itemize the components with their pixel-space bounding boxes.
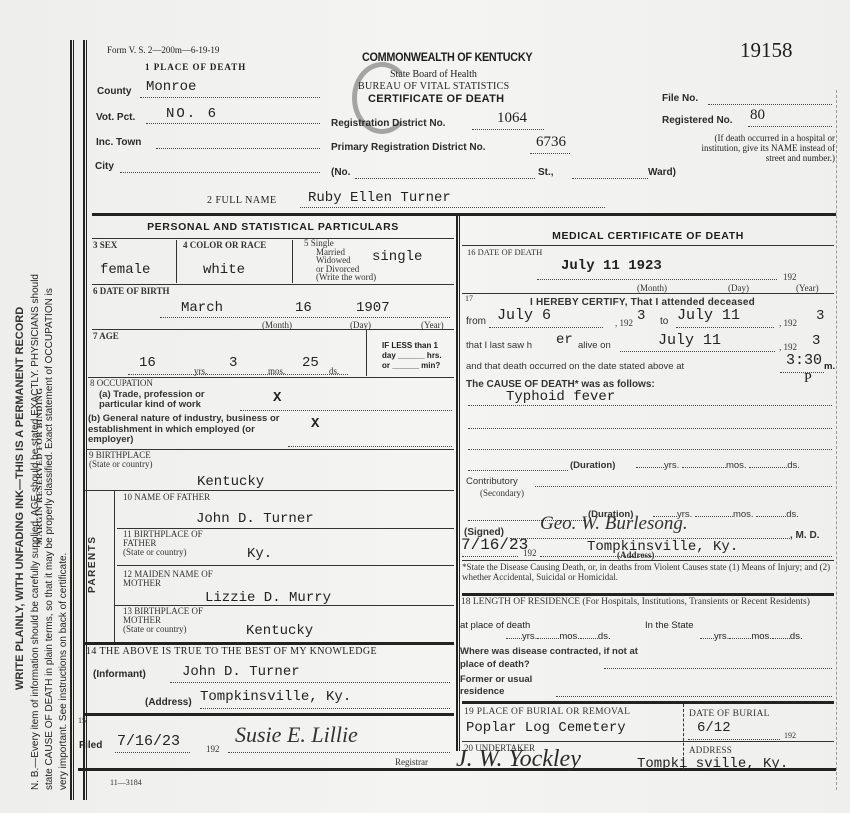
vot-pct-label: Vot. Pct. <box>96 112 135 123</box>
filed-date[interactable]: 7/16/23 <box>117 733 180 750</box>
divider <box>84 713 454 716</box>
contrib-ds-field[interactable] <box>756 516 786 517</box>
undertaker-address-label: ADDRESS <box>689 745 732 755</box>
primary-registration-label: Primary Registration District No. <box>331 142 485 153</box>
full-name-label: 2 FULL NAME <box>207 195 277 206</box>
place-mos-field[interactable] <box>537 638 559 639</box>
ds-text: ds. <box>787 460 800 471</box>
yrs-text: yrs. <box>714 631 729 642</box>
date-of-death-label: 16 DATE OF DEATH <box>467 247 542 257</box>
county-label: County <box>97 86 131 97</box>
street-no-line[interactable] <box>355 178 535 179</box>
medical-section-title: MEDICAL CERTIFICATE OF DEATH <box>462 230 834 242</box>
divider <box>462 293 834 294</box>
attended-to-year[interactable]: 3 <box>816 308 824 324</box>
mother-birthplace-label-text: 13 BIRTHPLACE OF MOTHER <box>123 607 233 625</box>
registered-no-line <box>748 126 832 127</box>
alive-on-line <box>620 351 775 352</box>
at-place-units: yrs.mos.ds. <box>506 631 611 642</box>
burial-place-label: 19 PLACE OF BURIAL OR REMOVAL <box>464 707 630 717</box>
vot-pct-value[interactable]: NO. 6 <box>166 106 218 122</box>
informant-label: (Informant) <box>93 669 146 680</box>
date-of-death-year-suffix: 192 <box>783 272 797 282</box>
mother-maiden-label: 12 MAIDEN NAME OF MOTHER <box>123 570 223 588</box>
occupation-a-line <box>240 410 452 411</box>
attended-to-line <box>676 327 774 328</box>
registrar-signature: Susie E. Lillie <box>235 722 358 748</box>
death-time-line <box>780 372 824 373</box>
dob-year[interactable]: 1907 <box>356 300 390 316</box>
father-name-label: 10 NAME OF FATHER <box>123 493 210 502</box>
city-line[interactable] <box>120 172 320 173</box>
mother-birthplace-label: 13 BIRTHPLACE OF MOTHER (State or countr… <box>123 607 233 634</box>
md-label: , M. D. <box>790 530 819 541</box>
physician-address-line <box>540 556 832 557</box>
year-prefix-text: , 192 <box>615 318 633 328</box>
place-yrs-field[interactable] <box>506 638 522 639</box>
registrar-line <box>228 752 450 753</box>
age-label: 7 AGE <box>93 331 119 341</box>
former-residence-line[interactable] <box>556 696 832 697</box>
primary-registration-value[interactable]: 6736 <box>536 134 566 151</box>
occupation-a-label: (a) Trade, profession or particular kind… <box>99 390 249 410</box>
registration-district-label: Registration District No. <box>331 118 445 129</box>
mother-birthplace-value[interactable]: Kentucky <box>246 623 313 639</box>
father-name-value[interactable]: John D. Turner <box>196 511 314 527</box>
race-value[interactable]: white <box>203 262 245 278</box>
mother-birthplace-sub: (State or country) <box>123 625 233 634</box>
divider <box>176 240 177 283</box>
place-ds-field[interactable] <box>580 638 598 639</box>
county-value[interactable]: Monroe <box>146 79 196 95</box>
ward-label: Ward) <box>648 167 676 178</box>
birthplace-value[interactable]: Kentucky <box>197 474 264 490</box>
full-name-line <box>300 207 605 208</box>
attended-from-year[interactable]: 3 <box>637 308 645 324</box>
occupation-a-value[interactable]: X <box>273 390 281 406</box>
father-birthplace-label: 11 BIRTHPLACE OF FATHER (State or countr… <box>123 530 223 557</box>
secondary-label: (Secondary) <box>480 488 524 498</box>
margin-instructions-line2: state CAUSE OF DEATH in plain terms, so … <box>44 288 55 790</box>
signed-date-line <box>462 556 518 557</box>
ds-text: ds. <box>598 631 611 642</box>
age-line <box>128 374 348 375</box>
right-edge <box>836 90 837 790</box>
divider <box>84 642 454 645</box>
margin-write-plainly: WRITE PLAINLY, WITH UNFADING INK—THIS IS… <box>14 307 26 690</box>
informant-address-label: (Address) <box>145 697 192 708</box>
divider <box>462 245 834 246</box>
parents-label: PARENTS <box>87 535 98 593</box>
registered-no-value[interactable]: 80 <box>750 107 765 124</box>
divider <box>366 330 367 376</box>
attended-to-date[interactable]: July 11 <box>677 307 740 324</box>
vot-pct-line <box>146 123 320 124</box>
death-time-label: and that death occurred on the date stat… <box>466 361 684 372</box>
attended-from-line <box>489 327 603 328</box>
parents-divider <box>114 490 115 645</box>
last-saw-text: that I last saw h <box>466 340 532 351</box>
cause-line-3[interactable] <box>468 449 832 450</box>
contracted-line[interactable] <box>604 668 832 669</box>
file-no-label: File No. <box>662 93 698 104</box>
date-of-death-line <box>537 279 777 280</box>
contributory-line[interactable] <box>535 486 832 487</box>
cause-value[interactable]: Typhoid fever <box>506 389 615 405</box>
personal-section-title: PERSONAL AND STATISTICAL PARTICULARS <box>92 221 454 233</box>
divider <box>92 238 454 239</box>
less-than-line: day ______ hrs. <box>382 351 442 361</box>
filed-label: Filed <box>79 740 102 751</box>
divider <box>462 560 834 561</box>
informant-line <box>170 682 450 683</box>
dod-day-caption: (Day) <box>728 283 749 293</box>
registered-no-label: Registered No. <box>662 115 733 126</box>
dod-year-caption: (Year) <box>796 283 819 293</box>
burial-date-value[interactable]: 6/12 <box>697 720 731 736</box>
burial-year-prefix: 192 <box>784 731 796 740</box>
dob-month[interactable]: March <box>181 300 223 316</box>
cause-footnote: *State the Disease Causing Death, or, in… <box>462 562 834 582</box>
contributory-label: Contributory <box>466 476 518 487</box>
birthplace-sub-label: (State or country) <box>89 460 152 469</box>
alive-on-date[interactable]: July 11 <box>658 332 721 349</box>
left-border <box>70 40 74 800</box>
race-label: 4 COLOR OR RACE <box>183 240 266 250</box>
marital-label-line: (Write the word) <box>304 273 376 282</box>
certificate-number: 19158 <box>740 38 793 63</box>
birthplace-label: 9 BIRTHPLACE (State or country) <box>89 451 152 469</box>
divider <box>292 240 293 283</box>
attended-from-date[interactable]: July 6 <box>497 307 551 324</box>
informant-address-line <box>200 708 450 709</box>
occupation-b-value[interactable]: X <box>311 416 319 432</box>
last-saw-pronoun[interactable]: er <box>556 332 573 348</box>
duration-ds-field[interactable] <box>749 467 787 468</box>
age-years[interactable]: 16 <box>139 355 156 371</box>
date-of-death-value[interactable]: July 11 1923 <box>561 258 662 274</box>
physician-signature: Geo. W. Burlesong. <box>540 513 688 535</box>
street-label: St., <box>538 167 554 178</box>
year-prefix-text: , 192 <box>779 342 797 352</box>
marital-value[interactable]: single <box>372 249 422 265</box>
death-time-suffix: m. <box>824 361 835 372</box>
dob-line <box>160 317 450 318</box>
occupation-b-label: (b) General nature of industry, business… <box>88 414 293 446</box>
registration-district-value[interactable]: 1064 <box>497 110 527 127</box>
form-number: Form V. S. 2—200m—6-19-19 <box>107 45 219 55</box>
occupation-b-line <box>288 446 452 447</box>
physician-address[interactable]: Tompkinsville, Ky. <box>587 539 738 555</box>
margin-instructions-line3: very important. See instructions on back… <box>58 553 69 790</box>
mos-text: mos. <box>559 631 580 642</box>
print-code: 11—3184 <box>110 778 142 787</box>
father-birthplace-sub: (State or country) <box>123 548 223 557</box>
death-time-value[interactable]: 3:30 <box>786 352 822 369</box>
divider <box>84 490 454 491</box>
mos-text: mos. <box>751 631 772 642</box>
cause-line-1 <box>468 405 832 406</box>
duration-mos-field[interactable] <box>682 467 726 468</box>
divider <box>462 741 834 742</box>
state-yrs-field[interactable] <box>700 638 714 639</box>
sex-value[interactable]: female <box>100 262 150 278</box>
divider <box>117 565 454 566</box>
year-prefix-text: , 192 <box>779 318 797 328</box>
dob-label: 6 DATE OF BIRTH <box>93 286 169 296</box>
cause-duration-label: (Duration) <box>570 460 615 471</box>
in-state-units: yrs.mos.ds. <box>700 631 803 642</box>
age-months[interactable]: 3 <box>229 355 237 371</box>
cause-line-2[interactable] <box>468 428 832 429</box>
state-mos-field[interactable] <box>729 638 751 639</box>
file-no-line[interactable] <box>708 104 832 105</box>
alive-on-year[interactable]: 3 <box>812 333 820 349</box>
less-than-line: or ______ min? <box>382 361 442 371</box>
filed-year-prefix: 192 <box>206 744 220 754</box>
ds-text: ds. <box>786 509 799 520</box>
hospital-note: (If death occurred in a hospital or inst… <box>695 133 835 163</box>
death-meridiem[interactable]: P <box>804 371 812 387</box>
ward-line[interactable] <box>572 178 648 179</box>
mos-text: mos. <box>726 460 747 471</box>
divider <box>92 329 454 330</box>
registrar-label: Registrar <box>395 757 428 767</box>
attended-to-label: to <box>660 316 668 327</box>
state-ds-field[interactable] <box>772 638 790 639</box>
place-of-death-label: 1 PLACE OF DEATH <box>145 62 246 72</box>
certify-number: 17 <box>465 294 473 303</box>
dob-day[interactable]: 16 <box>295 300 312 316</box>
burial-place-value[interactable]: Poplar Log Cemetery <box>466 720 626 736</box>
primary-registration-line <box>530 153 570 154</box>
less-than-day-box: IF LESS than 1 day ______ hrs. or ______… <box>382 341 442 371</box>
divider <box>462 701 834 704</box>
burial-date-label: DATE OF BURIAL <box>689 709 770 719</box>
mos-text: mos. <box>733 509 754 520</box>
at-place-label: at place of death <box>460 620 540 631</box>
city-label: City <box>95 161 114 172</box>
yrs-text: yrs. <box>664 460 679 471</box>
ds-text: ds. <box>790 631 803 642</box>
residence-label: 18 LENGTH OF RESIDENCE (For Hospitals, I… <box>461 597 833 608</box>
filed-number: 15 <box>78 716 86 725</box>
dod-month-caption: (Month) <box>637 283 667 293</box>
left-border-inner <box>83 40 87 800</box>
undertaker-signature: J. W. Yockley <box>456 746 581 773</box>
contrib-mos-field[interactable] <box>695 516 733 517</box>
table-top-border <box>92 213 836 216</box>
in-state-label: In the State <box>645 620 695 631</box>
informant-statement: 14 THE ABOVE IS TRUE TO THE BEST OF MY K… <box>86 646 377 657</box>
full-name-value[interactable]: Ruby Ellen Turner <box>308 190 451 206</box>
attended-from-label: from <box>466 316 486 327</box>
margin-instructions-line1: N. B.—Every item of information should b… <box>30 274 41 790</box>
former-residence-label: Former or usual residence <box>460 674 550 698</box>
street-no-label: (No. <box>331 167 350 178</box>
county-line <box>140 97 320 98</box>
alive-on-label: alive on <box>578 340 611 351</box>
sex-label: 3 SEX <box>93 240 117 250</box>
inc-town-line[interactable] <box>156 148 320 149</box>
marital-label: 5 Single Married Widowed or Divorced (Wr… <box>304 239 376 282</box>
cause-duration-line <box>468 470 568 471</box>
undertaker-address-value[interactable]: Tompki sville, Ky. <box>637 756 788 772</box>
last-saw-label: that I last saw h <box>466 340 532 351</box>
informant-address-value[interactable]: Tompkinsville, Ky. <box>200 689 351 705</box>
physician-address-caption: (Address) <box>617 550 654 560</box>
less-than-line: IF LESS than 1 <box>382 341 442 351</box>
age-days[interactable]: 25 <box>302 355 319 371</box>
divider <box>92 284 454 285</box>
cause-duration-units: yrs. mos. ds. <box>636 460 800 471</box>
inc-town-label: Inc. Town <box>96 137 141 148</box>
father-birthplace-value[interactable]: Ky. <box>247 546 272 562</box>
yrs-text: yrs. <box>522 631 537 642</box>
duration-yrs-field[interactable] <box>636 467 664 468</box>
informant-value[interactable]: John D. Turner <box>182 664 300 680</box>
registration-district-line <box>472 129 544 130</box>
occupation-label: 8 OCCUPATION <box>90 378 153 388</box>
divider <box>462 593 834 596</box>
signed-date[interactable]: 7/16/23 <box>461 536 528 554</box>
filed-date-line <box>115 752 190 753</box>
signed-year-prefix: 192 <box>523 548 537 558</box>
burial-date-line <box>688 739 780 740</box>
mother-maiden-value[interactable]: Lizzie D. Murry <box>205 590 331 606</box>
father-birthplace-label-text: 11 BIRTHPLACE OF FATHER <box>123 530 223 548</box>
